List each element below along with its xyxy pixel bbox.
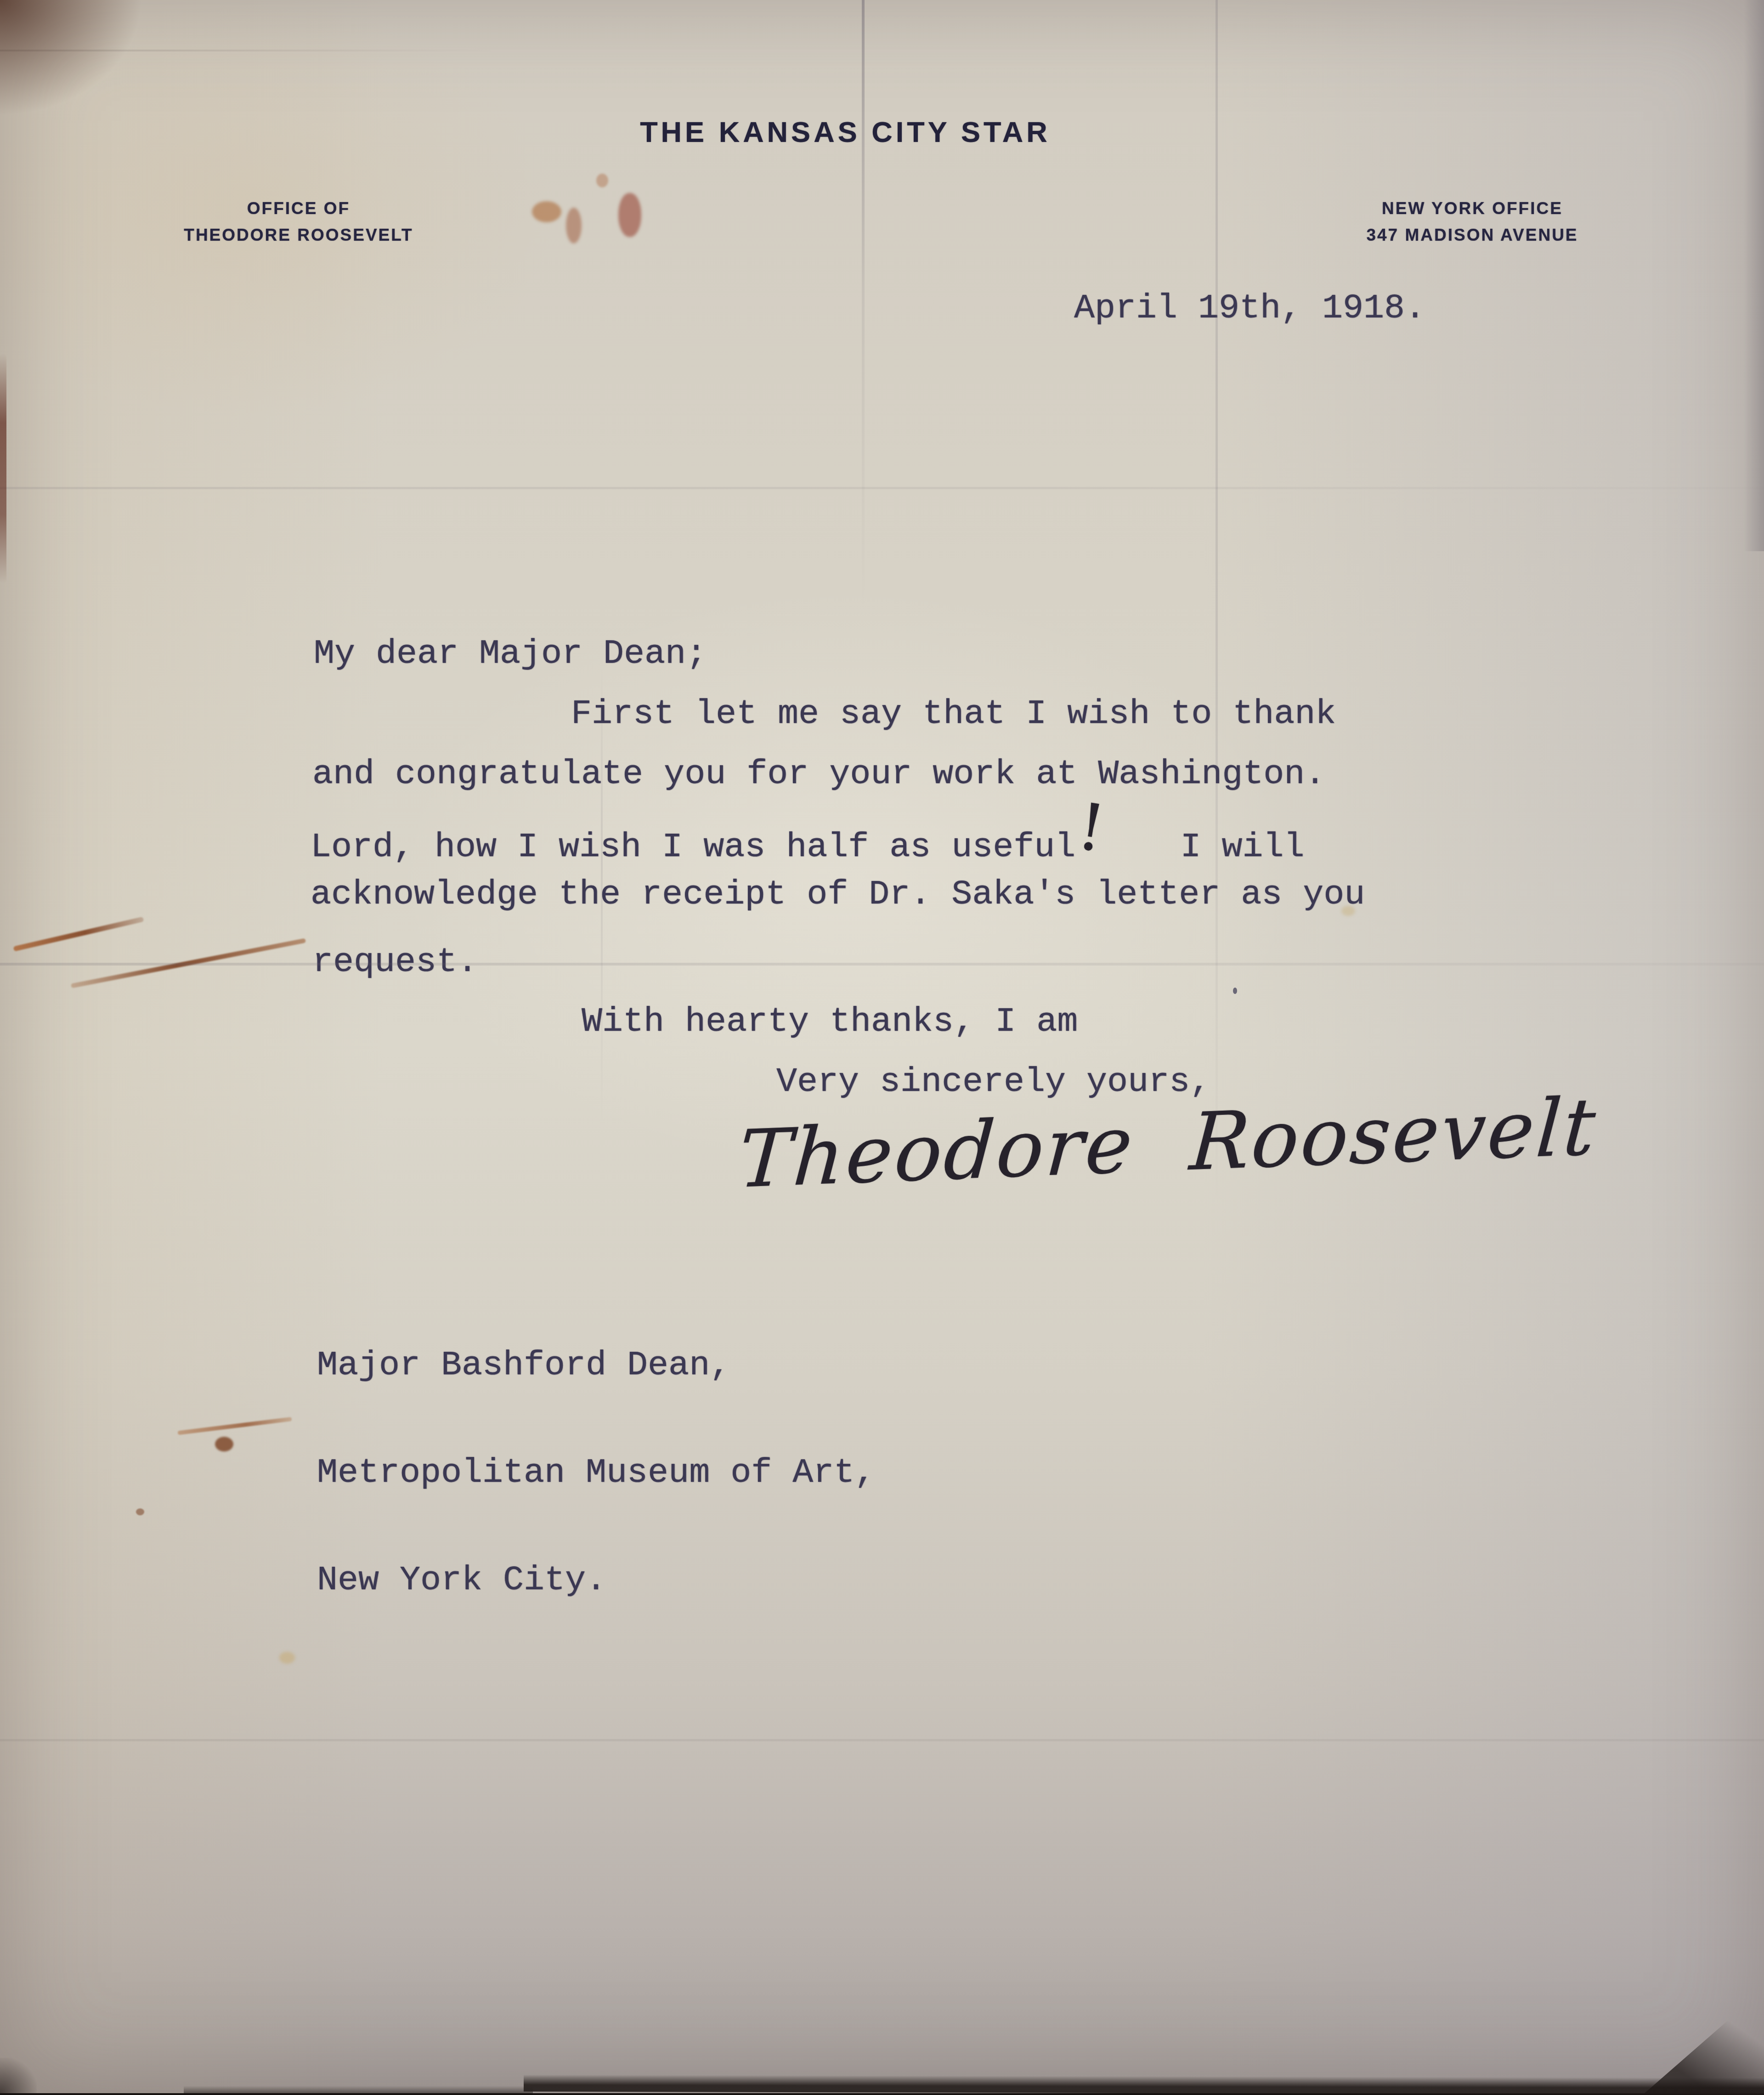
rust-smudge: [596, 174, 608, 187]
age-spot: [279, 1652, 295, 1664]
letterhead-office-right: NEW YORK OFFICE 347 MADISON AVENUE: [1302, 195, 1642, 248]
body-line: and congratulate you for your work at Wa…: [312, 757, 1325, 792]
office-right-line1: NEW YORK OFFICE: [1302, 195, 1642, 222]
office-left-line1: OFFICE OF: [129, 195, 469, 222]
body-line: First let me say that I wish to thank: [571, 696, 1336, 732]
rust-stain-streak: [13, 917, 144, 952]
salutation: My dear Major Dean;: [314, 636, 707, 672]
photo-edge-shadow: [0, 0, 147, 119]
office-left-line2: THEODORE ROOSEVELT: [129, 222, 469, 248]
ink-speck: [1233, 988, 1237, 994]
photo-edge-shadow: [184, 2086, 533, 2093]
letter-page: THE KANSAS CITY STAR OFFICE OF THEODORE …: [0, 0, 1764, 2093]
body-line: Lord, how I wish I was half as useful!I …: [311, 817, 1305, 865]
body-line: acknowledge the receipt of Dr. Saka's le…: [311, 877, 1365, 913]
fold-crease-horizontal: [0, 963, 1764, 966]
photo-edge-shadow: [1645, 1989, 1764, 2093]
rust-smudge: [618, 193, 641, 237]
letter-date: April 19th, 1918.: [1074, 291, 1425, 327]
fold-crease-horizontal: [0, 1739, 1764, 1741]
body-line3-text: Lord, how I wish I was half as useful: [311, 828, 1075, 867]
closing-line: Very sincerely yours,: [776, 1064, 1210, 1100]
recipient-name: Major Bashford Dean,: [317, 1348, 875, 1383]
fold-crease-vertical: [1216, 0, 1218, 1203]
letterhead-title: THE KANSAS CITY STAR: [0, 116, 1690, 149]
rust-smudge: [177, 1417, 292, 1435]
rust-smudge: [215, 1437, 233, 1451]
fold-crease-horizontal: [0, 50, 496, 51]
office-right-line2: 347 MADISON AVENUE: [1302, 222, 1642, 248]
closing-line: With hearty thanks, I am: [582, 1004, 1078, 1040]
rust-smudge: [532, 201, 561, 222]
photo-edge-shadow: [0, 354, 6, 583]
letterhead-office-left: OFFICE OF THEODORE ROOSEVELT: [129, 195, 469, 248]
body-line3-continuation: I will: [1181, 828, 1305, 867]
rust-stain-streak: [71, 938, 306, 988]
recipient-city: New York City.: [317, 1563, 875, 1598]
photo-edge-shadow: [0, 2058, 37, 2093]
fold-crease-horizontal: [0, 487, 1764, 489]
fold-crease-vertical: [862, 0, 865, 643]
body-line: request.: [312, 944, 478, 980]
recipient-address-block: Major Bashford Dean, Metropolitan Museum…: [317, 1276, 875, 1670]
rust-smudge: [566, 208, 582, 243]
photo-edge-shadow: [524, 2074, 1764, 2093]
photo-edge-shadow: [1744, 0, 1764, 551]
recipient-institution: Metropolitan Museum of Art,: [317, 1455, 875, 1491]
handwritten-exclamation: !: [1076, 808, 1107, 848]
rust-smudge: [136, 1508, 144, 1515]
